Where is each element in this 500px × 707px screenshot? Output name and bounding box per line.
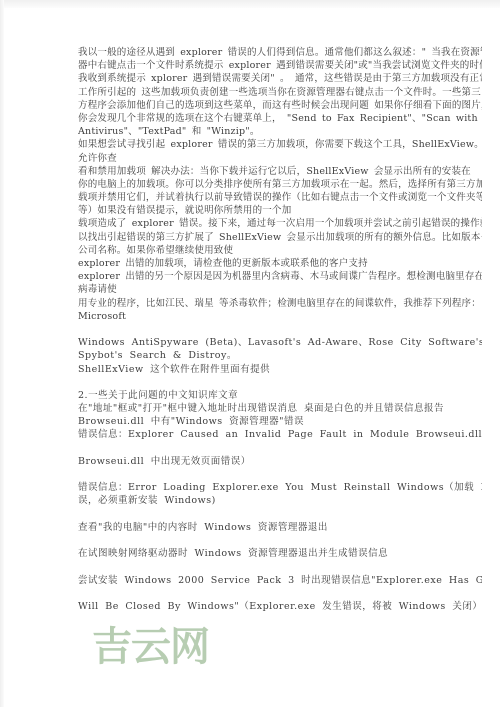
text-line: 工作所引起的 这些加载项负责创建一些选项当你在资源管理器右键点击一个文件时。一些… xyxy=(78,86,482,99)
text-line: 我以一般的途径从遇到 explorer 错误的人们得到信息。通常他们都这么叙述：… xyxy=(78,46,482,59)
document-body: 我以一般的途径从遇到 explorer 错误的人们得到信息。通常他们都这么叙述：… xyxy=(78,46,482,613)
text-line xyxy=(78,376,482,389)
text-line: 方程序会添加他们自己的选项到这些菜单，而这有些时候会出现问题 如果你仔细看下面的… xyxy=(78,99,482,112)
text-line xyxy=(78,442,482,455)
text-line: 用专业的程序，比如江民、瑞星 等杀毒软件；检测电脑里存在的间谍软件，我推荐下列程… xyxy=(78,297,482,310)
text-line: 等）如果没有错误提示，就说明你所禁用的一个加 xyxy=(78,204,482,217)
text-line: 如果想尝试寻找引起 explorer 错误的第三方加载项，你需要下载这个工具，S… xyxy=(78,138,482,151)
watermark-logo: 吉云网 xyxy=(92,626,209,668)
text-line xyxy=(78,323,482,336)
text-line: 我收到系统提示 xplorer 遇到错误需要关闭" 。 通常，这些错误是由于第三… xyxy=(78,72,482,85)
text-line: Will Be Closed By Windows"（Explorer.exe … xyxy=(78,600,482,613)
text-line: 允许你查 xyxy=(78,152,482,165)
text-line: 在"地址"框或"打开"框中键入地址时出现错误消息 桌面是白色的并且错误信息报告 xyxy=(78,402,482,415)
text-line xyxy=(78,508,482,521)
text-line xyxy=(78,534,482,547)
text-line: 查看"我的电脑"中的内容时 Windows 资源管理器退出 xyxy=(78,521,482,534)
text-line: Browseui.dll 中出现无效页面错误） xyxy=(78,455,482,468)
text-line: 错误信息：Explorer Caused an Invalid Page Fau… xyxy=(78,428,482,441)
text-line: 公司名称。如果你希望继续使用致使 xyxy=(78,244,482,257)
text-line: 载项造成了 explorer 错误。接下来，通过每一次启用一个加载项并尝试之前引… xyxy=(78,217,482,230)
text-line: Microsoft xyxy=(78,310,482,323)
text-line: 病毒请使 xyxy=(78,283,482,296)
text-line: 以找出引起错误的第三方扩展了 ShellExView 会显示出加载项的所有的额外… xyxy=(78,231,482,244)
text-line xyxy=(78,560,482,573)
text-line xyxy=(78,468,482,481)
text-line: 载项并禁用它们，并试着执行以前导致错误的操作（比如右键点击一个文件或浏览一个文件… xyxy=(78,191,482,204)
text-line: 错误信息：Error Loading Explorer.exe You Must… xyxy=(78,481,482,494)
text-line: 看和禁用加载项 解决办法：当你下载并运行它以后，ShellExView 会显示出… xyxy=(78,165,482,178)
text-line: Windows AntiSpyware (Beta)、Lavasoft's Ad… xyxy=(78,336,482,349)
document-page: 我以一般的途径从遇到 explorer 错误的人们得到信息。通常他们都这么叙述：… xyxy=(0,0,500,707)
text-line: Antivirus"、"TextPad" 和 "Winzip"。 xyxy=(78,125,482,138)
text-line: Spybot's Search & Distroy。 xyxy=(78,349,482,362)
text-line: 在试图映射网络驱动器时 Windows 资源管理器退出并生成错误信息 xyxy=(78,547,482,560)
page-top-edge xyxy=(0,0,500,8)
text-line: 误，必须重新安装 Windows) xyxy=(78,494,482,507)
text-line: explorer 出错的加载项，请检查他的更新版本或联系他的客户支持 xyxy=(78,257,482,270)
text-line: Browseui.dll 中有"Windows 资源管理器"错误 xyxy=(78,415,482,428)
text-line: 你的电脑上的加载项。你可以分类排序使所有第三方加载项示在一起。然后，选择所有第三… xyxy=(78,178,482,191)
text-line: 器中右键点击一个文件时系统提示 explorer 遇到错误需要关闭"或"当我尝试… xyxy=(78,59,482,72)
page-left-edge xyxy=(0,0,4,707)
text-line: ShellExView 这个软件在附件里面有提供 xyxy=(78,363,482,376)
text-line xyxy=(78,587,482,600)
text-line: 尝试安装 Windows 2000 Service Pack 3 时出现错误信息… xyxy=(78,574,482,587)
text-line: explorer 出错的另一个原因是因为机器里内含病毒、木马或间谍广告程序。想检… xyxy=(78,270,482,283)
text-line: 你会发现几个非常规的选项在这个右键菜单上， "Send to Fax Recip… xyxy=(78,112,482,125)
text-line: 2.一些关于此问题的中文知识库文章 xyxy=(78,389,482,402)
